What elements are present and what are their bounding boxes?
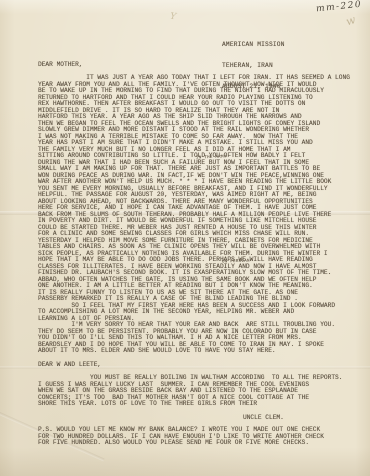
typed-insertion-in-the-army: IN THE ARMY bbox=[196, 154, 227, 160]
letter-page: mm-220 w Y AMERICAN MISSION TEHERAN, IRA… bbox=[0, 0, 370, 476]
signature: UNCLE CLEM. bbox=[243, 415, 360, 422]
typed-insertion-on-persian: ON PERSIAN bbox=[222, 259, 250, 265]
letter-body: DEAR MOTHER, IT WAS JUST A YEAR AGO TODA… bbox=[38, 62, 360, 447]
paragraph-1: IT WAS JUST A YEAR AGO TODAY THAT I LEFT… bbox=[38, 75, 360, 322]
paragraph-2: I'M VERY SORRY TO HEAR THAT YOUR EAR AND… bbox=[38, 322, 360, 355]
salutation-mother: DEAR MOTHER, bbox=[38, 62, 360, 69]
handwritten-code: mm-220 bbox=[315, 0, 362, 14]
paragraph-3: YOU MUST BE REALLY BOILING IN WALTHAM AC… bbox=[38, 375, 360, 408]
letterhead-organization: AMERICAN MISSION bbox=[222, 41, 285, 48]
salutation-w-and-leete: DEAR W AND LEETE, bbox=[38, 362, 360, 369]
postscript: P.S. WOULD YOU LET ME KNOW MY BANK BALAN… bbox=[38, 427, 360, 447]
pencil-mark-y: Y bbox=[169, 12, 176, 23]
pencil-scribble: w bbox=[344, 13, 358, 29]
